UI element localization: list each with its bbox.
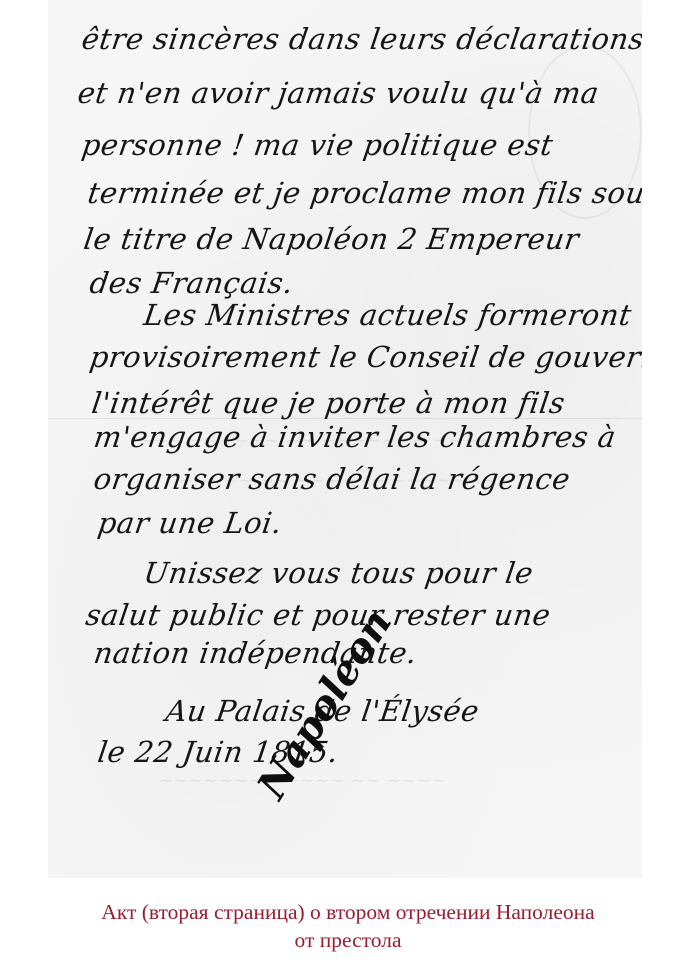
manuscript-line: l'intérêt que je porte à mon fils (90, 386, 568, 420)
manuscript-line: salut public et pour rester une (84, 598, 553, 632)
manuscript-line: provisoirement le Conseil de gouvernemen… (88, 340, 642, 374)
manuscript-line: être sincères dans leurs déclarations (80, 22, 642, 56)
manuscript-line: Les Ministres actuels formeront (142, 298, 634, 332)
manuscript-line: Unissez vous tous pour le (142, 556, 536, 590)
manuscript-line: le titre de Napoléon 2 Empereur (82, 222, 582, 256)
manuscript-line: personne ! ma vie politique est (80, 128, 556, 162)
image-caption: Акт (вторая страница) о втором отречении… (0, 898, 696, 954)
manuscript-line: organiser sans délai la régence (92, 462, 573, 496)
manuscript-line: terminée et je proclame mon fils sous (86, 176, 642, 210)
manuscript-page: ~~~ ~~~~~~ ~~ ~~~~~~~ ~~~~~ ~~~~~ ~~ ~~~… (48, 0, 642, 878)
caption-line-2: от престола (0, 926, 696, 954)
caption-line-1: Акт (вторая страница) о втором отречении… (0, 898, 696, 926)
manuscript-line: et n'en avoir jamais voulu qu'à ma (76, 76, 602, 110)
manuscript-line: par une Loi. (96, 506, 285, 540)
manuscript-line: m'engage à inviter les chambres à (92, 420, 619, 454)
manuscript-line: des Français. (88, 266, 296, 300)
